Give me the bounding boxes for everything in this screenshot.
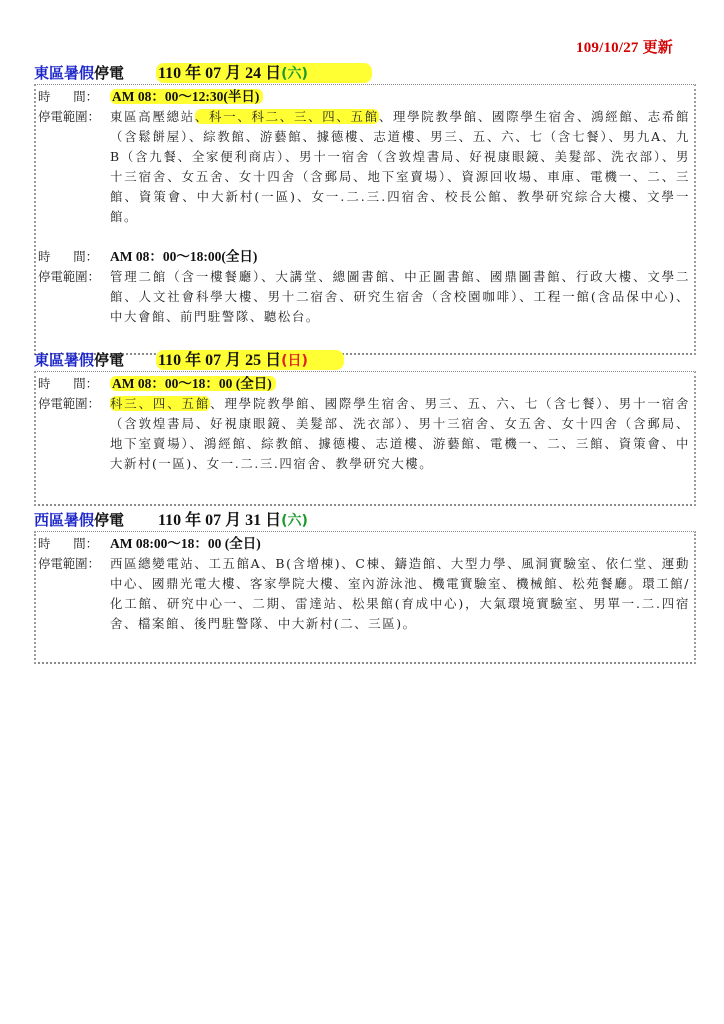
scope-label: 停電範圍： [36, 394, 110, 474]
section-heading: 東區暑假停電 110 年 07 月 25 日(日) [34, 350, 696, 371]
time-value: AM 08：00～12:30(半日) [110, 89, 263, 104]
time-value: AM 08:00～18：00 (全日) [110, 536, 261, 551]
time-label-a: 時 [38, 374, 50, 394]
outage-details-box: 時間： AM 08:00～18：00 (全日) 停電範圍： 西區總變電站、工五館… [34, 531, 696, 664]
scope-highlight: 科三、四、五館 [110, 396, 210, 411]
outage-date: 110 年 07 月 31 日(六) [156, 510, 314, 530]
time-label-b: 間： [73, 87, 98, 107]
outage-details-box: 時間： AM 08：00～18：00 (全日) 停電範圍： 科三、四、五館、理學… [34, 371, 696, 506]
time-value: AM 08：00～18:00(全日) [110, 249, 257, 264]
date-text: 110 年 07 月 31 日 [158, 512, 281, 529]
outage-section-east-0724: 東區暑假停電 110 年 07 月 24 日(六) 時間： AM 08：00～1… [34, 63, 696, 355]
section-heading: 西區暑假停電 110 年 07 月 31 日(六) [34, 510, 696, 531]
scope-row: 停電範圍： 西區總變電站、工五館A、B(含增棟)、C棟、鑄造館、大型力學、風洞實… [36, 554, 694, 634]
outage-date: 110 年 07 月 25 日(日) [156, 350, 344, 370]
outage-details-box: 時間： AM 08：00～12:30(半日) 停電範圍： 東區高壓總站、科一、科… [34, 84, 696, 355]
scope-row: 停電範圍： 管理二館（含一樓餐廳）、大講堂、總圖書館、中正圖書館、國鼎圖書館、行… [36, 267, 694, 327]
scope-post: 、理學院教學館、國際學生宿舍、鴻經館、志希館（含鬆餅屋）、綜教館、游藝館、據德樓… [110, 109, 690, 224]
time-label-b: 間： [73, 534, 98, 554]
day-of-week: (日) [281, 353, 308, 369]
time-row: 時間： AM 08：00～18：00 (全日) [36, 374, 694, 394]
time-label-a: 時 [38, 247, 50, 267]
date-text: 110 年 07 月 25 日 [158, 352, 281, 369]
scope-value: 東區高壓總站、科一、科二、三、四、五館、理學院教學館、國際學生宿舍、鴻經館、志希… [110, 107, 694, 227]
region-label: 東區暑假 [34, 64, 94, 82]
date-text: 110 年 07 月 24 日 [158, 65, 281, 82]
time-row: 時間： AM 08:00～18：00 (全日) [36, 534, 694, 554]
region-label: 西區暑假 [34, 511, 94, 529]
scope-label: 停電範圍： [36, 267, 110, 327]
scope-value: 科三、四、五館、理學院教學館、國際學生宿舍、男三、五、六、七（含七餐）、男十一宿… [110, 394, 694, 474]
scope-highlight: 、科一、科二、三、四、五館 [195, 109, 379, 124]
day-of-week: (六) [281, 66, 308, 82]
time-label-b: 間： [73, 247, 98, 267]
outage-section-west-0731: 西區暑假停電 110 年 07 月 31 日(六) 時間： AM 08:00～1… [34, 510, 696, 664]
scope-label: 停電範圍： [36, 107, 110, 227]
outage-label: 停電 [94, 511, 124, 529]
section-heading: 東區暑假停電 110 年 07 月 24 日(六) [34, 63, 696, 84]
time-row: 時間： AM 08：00～18:00(全日) [36, 247, 694, 267]
day-of-week: (六) [281, 513, 308, 529]
time-value: AM 08：00～18：00 (全日) [110, 376, 276, 391]
scope-value: 管理二館（含一樓餐廳）、大講堂、總圖書館、中正圖書館、國鼎圖書館、行政大樓、文學… [110, 267, 694, 327]
time-label-a: 時 [38, 87, 50, 107]
time-row: 時間： AM 08：00～12:30(半日) [36, 87, 694, 107]
scope-row: 停電範圍： 科三、四、五館、理學院教學館、國際學生宿舍、男三、五、六、七（含七餐… [36, 394, 694, 474]
update-stamp: 109/10/27 更新 [576, 36, 673, 57]
outage-section-east-0725: 東區暑假停電 110 年 07 月 25 日(日) 時間： AM 08：00～1… [34, 350, 696, 506]
outage-label: 停電 [94, 64, 124, 82]
outage-label: 停電 [94, 351, 124, 369]
scope-row: 停電範圍： 東區高壓總站、科一、科二、三、四、五館、理學院教學館、國際學生宿舍、… [36, 107, 694, 227]
region-label: 東區暑假 [34, 351, 94, 369]
time-label-b: 間： [73, 374, 98, 394]
scope-label: 停電範圍： [36, 554, 110, 634]
scope-pre: 東區高壓總站 [110, 109, 195, 124]
scope-value: 西區總變電站、工五館A、B(含增棟)、C棟、鑄造館、大型力學、風洞實驗室、依仁堂… [110, 554, 694, 634]
time-label-a: 時 [38, 534, 50, 554]
outage-date: 110 年 07 月 24 日(六) [156, 63, 372, 83]
